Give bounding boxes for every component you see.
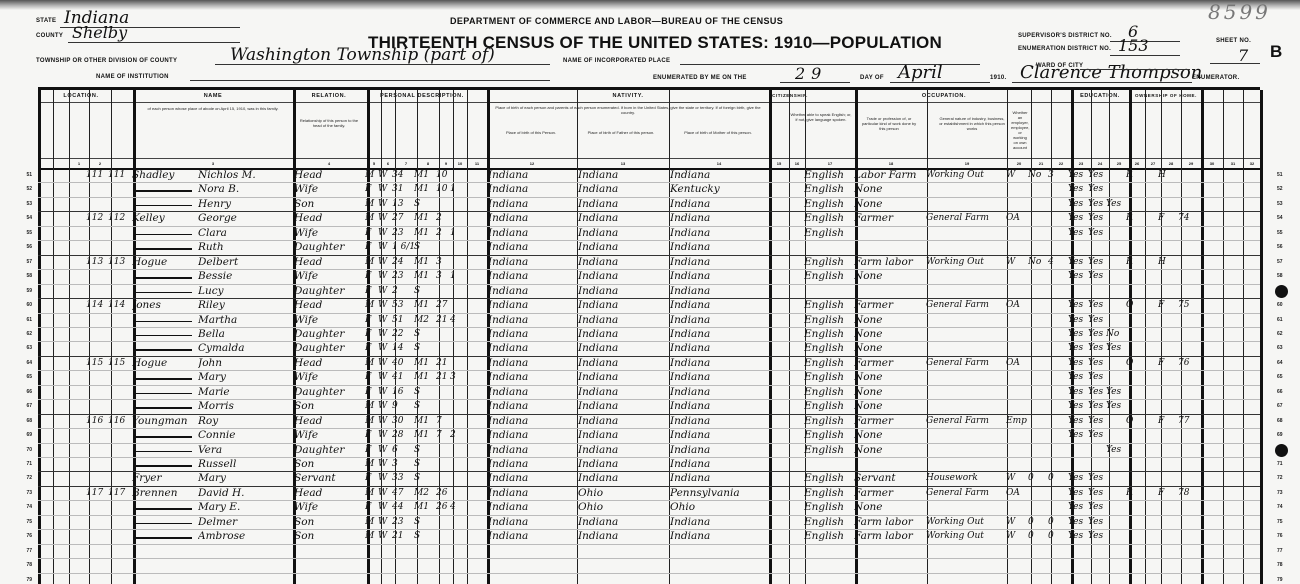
children-born-cell — [450, 255, 464, 271]
age-cell: 44 — [392, 500, 414, 516]
employer-header: Whether an employer, employee, or workin… — [1011, 110, 1029, 150]
age-cell: 47 — [392, 486, 414, 502]
industry-cell — [926, 457, 1004, 473]
mother-birthplace-cell: Indiana — [670, 443, 766, 459]
years-married-cell: 3 — [436, 255, 450, 271]
farm-schedule-cell — [1178, 443, 1198, 459]
attended-school-cell — [1106, 313, 1126, 329]
family-number-cell: 117 — [108, 486, 130, 502]
dwelling-number-cell — [86, 515, 108, 531]
mother-birthplace-cell: Indiana — [670, 414, 766, 430]
children-born-cell: 3 — [450, 370, 464, 386]
children-born-cell: 4 — [450, 500, 464, 516]
mother-birthplace-cell: Indiana — [670, 197, 766, 213]
employer-status-cell — [1006, 544, 1028, 560]
trade-cell: Farmer — [854, 211, 924, 227]
can-write-cell: Yes — [1088, 399, 1106, 415]
table-row: ClaraWifeFW23M121IndianaIndianaIndianaEn… — [38, 226, 1260, 242]
given-name-cell: Cymalda — [198, 341, 290, 357]
race-cell: W — [378, 486, 392, 502]
father-birthplace-cell: Indiana — [578, 356, 666, 372]
sex-cell: M — [365, 197, 378, 213]
mother-birthplace-cell: Ohio — [670, 500, 766, 516]
line-number: 75 — [18, 519, 32, 525]
mother-birthplace-cell: Indiana — [670, 370, 766, 386]
line-number: 56 — [18, 244, 32, 250]
farm-house-cell — [1158, 471, 1178, 487]
years-married-cell: 26 — [436, 500, 450, 516]
county-value: Shelby — [72, 23, 127, 42]
can-write-cell: Yes — [1088, 385, 1106, 401]
line-number: 53 — [18, 201, 32, 207]
column-number: 16 — [789, 161, 805, 166]
sheet-stamp-number: 8599 — [1208, 0, 1271, 24]
owned-rented-cell: R — [1126, 211, 1142, 227]
line-number-right: 54 — [1277, 215, 1291, 221]
line-number: 67 — [18, 403, 32, 409]
industry-cell — [926, 558, 1004, 574]
owned-rented-cell: R — [1126, 168, 1142, 184]
relation-cell: Wife — [294, 182, 362, 198]
employer-status-cell: Emp — [1006, 414, 1028, 430]
language-cell: English — [804, 356, 852, 372]
sex-cell: M — [365, 298, 378, 314]
farm-house-cell — [1158, 500, 1178, 516]
line-number: 78 — [18, 562, 32, 568]
surname-cell — [132, 558, 202, 574]
years-married-cell — [436, 197, 450, 213]
column-number: 26 — [1129, 161, 1145, 166]
language-cell: English — [804, 428, 852, 444]
race-cell: W — [378, 197, 392, 213]
line-number-right: 69 — [1277, 432, 1291, 438]
column-number: 10 — [453, 161, 467, 166]
employer-status-cell: OA — [1006, 298, 1028, 314]
father-birthplace-cell: Indiana — [578, 370, 666, 386]
given-name-cell: Bella — [198, 327, 290, 343]
can-write-cell: Yes — [1088, 414, 1106, 430]
weeks-out-cell — [1048, 558, 1068, 574]
race-cell: W — [378, 399, 392, 415]
ditto-dash — [136, 537, 192, 539]
farm-schedule-cell — [1178, 573, 1198, 584]
mother-birthplace-cell — [670, 558, 766, 574]
line-number: 73 — [18, 490, 32, 496]
dwelling-number-cell: 117 — [86, 486, 108, 502]
table-row: HenrySonMW13SIndianaIndianaIndianaEnglis… — [38, 197, 1260, 213]
line-number: 65 — [18, 374, 32, 380]
dwelling-number-cell: 111 — [86, 168, 108, 184]
out-of-work-cell: No — [1028, 168, 1048, 184]
trade-cell — [854, 226, 924, 242]
attended-school-cell: Yes — [1106, 197, 1126, 213]
enumeration-district-label: ENUMERATION DISTRICT NO. — [1018, 46, 1111, 52]
family-number-cell — [108, 573, 130, 584]
out-of-work-cell — [1028, 385, 1048, 401]
weeks-out-cell — [1048, 428, 1068, 444]
family-number-cell — [108, 443, 130, 459]
years-married-cell — [436, 544, 450, 560]
attended-school-cell: Yes — [1106, 385, 1126, 401]
table-row: Nora B.WifeFW31M1101IndianaIndianaKentuc… — [38, 182, 1260, 198]
father-birthplace-cell: Indiana — [578, 313, 666, 329]
farm-schedule-cell — [1178, 168, 1198, 184]
table-row: VeraDaughterFW6SIndianaIndianaIndianaEng… — [38, 443, 1260, 459]
father-birthplace-cell: Indiana — [578, 327, 666, 343]
industry-cell — [926, 443, 1004, 459]
father-birthplace-cell: Indiana — [578, 226, 666, 242]
owned-rented-cell — [1126, 341, 1142, 357]
enumeration-underline — [1110, 55, 1180, 56]
attended-school-cell — [1106, 168, 1126, 184]
industry-cell — [926, 327, 1004, 343]
out-of-work-cell — [1028, 182, 1048, 198]
marital-status-cell: M1 — [414, 298, 436, 314]
employer-status-cell — [1006, 313, 1028, 329]
years-married-cell: 21 — [436, 356, 450, 372]
can-write-cell: Yes — [1088, 529, 1106, 545]
birthplace-cell: Indiana — [488, 370, 574, 386]
farm-schedule-cell: 78 — [1178, 486, 1198, 502]
section-personal-description: PERSONAL DESCRIPTION. — [367, 93, 477, 99]
line-number-right: 55 — [1277, 230, 1291, 236]
children-born-cell — [450, 327, 464, 343]
farm-house-cell — [1158, 558, 1178, 574]
age-cell: 51 — [392, 313, 414, 329]
children-born-cell — [450, 240, 464, 256]
column-number: 1 — [69, 161, 89, 166]
owned-rented-cell — [1126, 573, 1142, 584]
owned-rented-cell — [1126, 182, 1142, 198]
farm-house-cell — [1158, 240, 1178, 256]
race-cell: W — [378, 515, 392, 531]
mother-birthplace-cell: Indiana — [670, 269, 766, 285]
language-cell: English — [804, 168, 852, 184]
attended-school-cell — [1106, 414, 1126, 430]
weeks-out-cell — [1048, 226, 1068, 242]
language-cell: English — [804, 197, 852, 213]
institution-underline — [190, 80, 550, 81]
farm-schedule-cell — [1178, 255, 1198, 271]
dwelling-number-cell: 112 — [86, 211, 108, 227]
race-cell: W — [378, 471, 392, 487]
section-ownership: OWNERSHIP OF HOME. — [1131, 93, 1201, 98]
marital-status-cell — [414, 573, 436, 584]
language-cell: English — [804, 313, 852, 329]
years-married-cell: 3 — [436, 269, 450, 285]
farm-house-cell: H — [1158, 168, 1178, 184]
dwelling-number-cell: 113 — [86, 255, 108, 271]
day-underline — [780, 82, 850, 83]
column-number: 27 — [1145, 161, 1161, 166]
given-name-cell: Mary E. — [198, 500, 290, 516]
years-married-cell — [436, 327, 450, 343]
farm-schedule-cell — [1178, 327, 1198, 343]
given-name-cell: Riley — [198, 298, 290, 314]
employer-status-cell — [1006, 385, 1028, 401]
given-name-cell: George — [198, 211, 290, 227]
ditto-dash — [136, 205, 192, 207]
trade-cell: Farm labor — [854, 515, 924, 531]
birth-father-header: Place of birth of Father of this person. — [579, 130, 663, 135]
county-label: COUNTY — [36, 33, 63, 39]
table-row: MorrisSonMW9SIndianaIndianaIndianaEnglis… — [38, 399, 1260, 415]
father-birthplace-cell: Indiana — [578, 515, 666, 531]
years-married-cell — [436, 558, 450, 574]
family-number-cell — [108, 529, 130, 545]
age-cell: 23 — [392, 515, 414, 531]
sex-cell: M — [365, 529, 378, 545]
children-born-cell — [450, 168, 464, 184]
surname-cell: Jones — [132, 298, 202, 314]
race-cell: W — [378, 428, 392, 444]
table-row: CymaldaDaughterFW14SIndianaIndianaIndian… — [38, 341, 1260, 357]
mother-birthplace-cell: Indiana — [670, 240, 766, 256]
can-read-cell: Yes — [1068, 370, 1088, 386]
father-birthplace-cell: Ohio — [578, 486, 666, 502]
years-married-cell: 10 — [436, 168, 450, 184]
sex-cell: F — [365, 240, 378, 256]
children-born-cell — [450, 486, 464, 502]
incorporated-place-label: NAME OF INCORPORATED PLACE — [563, 58, 670, 64]
trade-cell: None — [854, 500, 924, 516]
years-married-cell — [436, 573, 450, 584]
children-born-cell — [450, 443, 464, 459]
birthplace-cell: Indiana — [488, 399, 574, 415]
industry-cell: Working Out — [926, 255, 1004, 271]
can-write-cell: Yes — [1088, 327, 1106, 343]
mother-birthplace-cell: Indiana — [670, 298, 766, 314]
weeks-out-cell: 4 — [1048, 255, 1068, 271]
industry-cell — [926, 284, 1004, 300]
line-number-right: 65 — [1277, 374, 1291, 380]
race-cell: W — [378, 240, 392, 256]
relation-cell: Wife — [294, 226, 362, 242]
sex-cell: F — [365, 284, 378, 300]
department-heading: DEPARTMENT OF COMMERCE AND LABOR—BUREAU … — [450, 16, 783, 26]
trade-cell: None — [854, 385, 924, 401]
can-read-cell: Yes — [1068, 197, 1088, 213]
attended-school-cell: Yes — [1106, 341, 1126, 357]
ditto-dash — [136, 190, 192, 192]
farm-schedule-cell — [1178, 269, 1198, 285]
surname-cell: Hogue — [132, 356, 202, 372]
farm-house-cell — [1158, 269, 1178, 285]
given-name-cell: Henry — [198, 197, 290, 213]
father-birthplace-cell: Indiana — [578, 211, 666, 227]
out-of-work-cell — [1028, 544, 1048, 560]
farm-house-cell — [1158, 197, 1178, 213]
out-of-work-cell — [1028, 443, 1048, 459]
sex-cell — [365, 558, 378, 574]
age-cell — [392, 573, 414, 584]
industry-cell: Working Out — [926, 529, 1004, 545]
column-number: 21 — [1031, 161, 1051, 166]
dwelling-number-cell — [86, 341, 108, 357]
relation-cell: Wife — [294, 313, 362, 329]
weeks-out-cell — [1048, 240, 1068, 256]
owned-rented-cell — [1126, 443, 1142, 459]
employer-status-cell: W — [1006, 168, 1028, 184]
table-row: 116116YoungmanRoyHeadMW30M17IndianaIndia… — [38, 414, 1260, 430]
given-name-cell: Bessie — [198, 269, 290, 285]
birthplace-cell: Indiana — [488, 313, 574, 329]
mother-birthplace-cell: Indiana — [670, 211, 766, 227]
out-of-work-cell — [1028, 399, 1048, 415]
father-birthplace-cell: Indiana — [578, 197, 666, 213]
family-number-cell: 114 — [108, 298, 130, 314]
out-of-work-cell — [1028, 269, 1048, 285]
industry-cell — [926, 240, 1004, 256]
race-cell: W — [378, 414, 392, 430]
attended-school-cell — [1106, 356, 1126, 372]
family-number-cell — [108, 269, 130, 285]
weeks-out-cell — [1048, 313, 1068, 329]
table-row: 117117BrennenDavid H.HeadMW47M226Indiana… — [38, 486, 1260, 502]
can-write-cell — [1088, 558, 1106, 574]
farm-house-cell — [1158, 385, 1178, 401]
line-number-right: 76 — [1277, 533, 1291, 539]
employer-status-cell — [1006, 341, 1028, 357]
language-cell: English — [804, 298, 852, 314]
out-of-work-cell — [1028, 414, 1048, 430]
out-of-work-cell — [1028, 486, 1048, 502]
employer-status-cell: OA — [1006, 356, 1028, 372]
line-number-right: 75 — [1277, 519, 1291, 525]
farm-house-cell — [1158, 573, 1178, 584]
sex-cell: F — [365, 327, 378, 343]
children-born-cell — [450, 356, 464, 372]
can-write-cell: Yes — [1088, 341, 1106, 357]
dwelling-number-cell — [86, 529, 108, 545]
can-write-cell: Yes — [1088, 356, 1106, 372]
can-write-cell — [1088, 457, 1106, 473]
can-write-cell: Yes — [1088, 269, 1106, 285]
age-cell: 30 — [392, 414, 414, 430]
mother-birthplace-cell: Indiana — [670, 284, 766, 300]
enumerated-month: April — [898, 62, 943, 83]
weeks-out-cell: 0 — [1048, 515, 1068, 531]
family-number-cell — [108, 240, 130, 256]
language-cell: English — [804, 255, 852, 271]
birthplace-cell: Indiana — [488, 197, 574, 213]
column-number: 13 — [577, 161, 669, 166]
given-name-cell: Delbert — [198, 255, 290, 271]
mother-birthplace-cell — [670, 544, 766, 560]
column-number: 25 — [1109, 161, 1129, 166]
can-read-cell: Yes — [1068, 168, 1088, 184]
children-born-cell — [450, 558, 464, 574]
farm-schedule-cell — [1178, 240, 1198, 256]
weeks-out-cell — [1048, 457, 1068, 473]
dwelling-number-cell — [86, 284, 108, 300]
attended-school-cell — [1106, 255, 1126, 271]
owned-rented-cell — [1126, 428, 1142, 444]
column-number: 5 — [367, 161, 381, 166]
can-read-cell: Yes — [1068, 428, 1088, 444]
line-number: 72 — [18, 475, 32, 481]
race-cell: W — [378, 211, 392, 227]
years-married-cell — [436, 443, 450, 459]
owned-rented-cell — [1126, 370, 1142, 386]
relation-cell: Daughter — [294, 443, 362, 459]
employer-status-cell — [1006, 399, 1028, 415]
industry-cell — [926, 226, 1004, 242]
father-birthplace-cell: Indiana — [578, 457, 666, 473]
column-number: 17 — [805, 161, 855, 166]
sex-cell: F — [365, 226, 378, 242]
farm-schedule-cell — [1178, 399, 1198, 415]
section-education: EDUCATION. — [1071, 93, 1129, 99]
relation-cell: Son — [294, 529, 362, 545]
employer-status-cell — [1006, 182, 1028, 198]
mother-birthplace-cell: Indiana — [670, 385, 766, 401]
relation-cell: Son — [294, 457, 362, 473]
sheet-side: B — [1270, 42, 1282, 62]
column-number: 2 — [89, 161, 111, 166]
dwelling-number-cell — [86, 313, 108, 329]
children-born-cell — [450, 573, 464, 584]
relation-cell: Daughter — [294, 341, 362, 357]
age-cell: 3 — [392, 457, 414, 473]
children-born-cell — [450, 399, 464, 415]
can-write-cell: Yes — [1088, 168, 1106, 184]
column-number-divider — [41, 158, 1263, 159]
section-relation: RELATION. — [293, 93, 365, 99]
line-number: 79 — [18, 577, 32, 583]
ditto-dash — [136, 378, 192, 380]
employer-status-cell — [1006, 573, 1028, 584]
birthplace-cell — [488, 573, 574, 584]
given-name-cell: Marie — [198, 385, 290, 401]
family-number-cell — [108, 471, 130, 487]
age-cell: 34 — [392, 168, 414, 184]
marital-status-cell: S — [414, 197, 436, 213]
family-number-cell: 112 — [108, 211, 130, 227]
age-cell: 16 — [392, 385, 414, 401]
mother-birthplace-cell: Indiana — [670, 226, 766, 242]
father-birthplace-cell — [578, 544, 666, 560]
dwelling-number-cell — [86, 457, 108, 473]
father-birthplace-cell: Ohio — [578, 500, 666, 516]
enumerator-label: ENUMERATOR. — [1192, 75, 1239, 81]
out-of-work-cell — [1028, 284, 1048, 300]
trade-cell: None — [854, 182, 924, 198]
children-born-cell — [450, 529, 464, 545]
marital-status-cell: S — [414, 327, 436, 343]
mother-birthplace-cell: Pennsylvania — [670, 486, 766, 502]
can-read-cell — [1068, 544, 1088, 560]
can-write-cell — [1088, 240, 1106, 256]
employer-status-cell: OA — [1006, 211, 1028, 227]
sheet-underline — [1210, 63, 1260, 64]
farm-house-cell: F — [1158, 414, 1178, 430]
table-row: ConnieWifeFW28M172IndianaIndianaIndianaE… — [38, 428, 1260, 444]
language-cell: English — [804, 399, 852, 415]
marital-status-cell: S — [414, 284, 436, 300]
sex-cell: F — [365, 313, 378, 329]
farm-house-cell: F — [1158, 356, 1178, 372]
line-number: 71 — [18, 461, 32, 467]
family-number-cell — [108, 182, 130, 198]
can-write-cell — [1088, 284, 1106, 300]
industry-cell — [926, 385, 1004, 401]
trade-cell — [854, 284, 924, 300]
table-row: LucyDaughterFW2SIndianaIndianaIndiana — [38, 284, 1260, 300]
binder-hole — [1275, 444, 1288, 457]
weeks-out-cell — [1048, 573, 1068, 584]
age-cell: 33 — [392, 471, 414, 487]
